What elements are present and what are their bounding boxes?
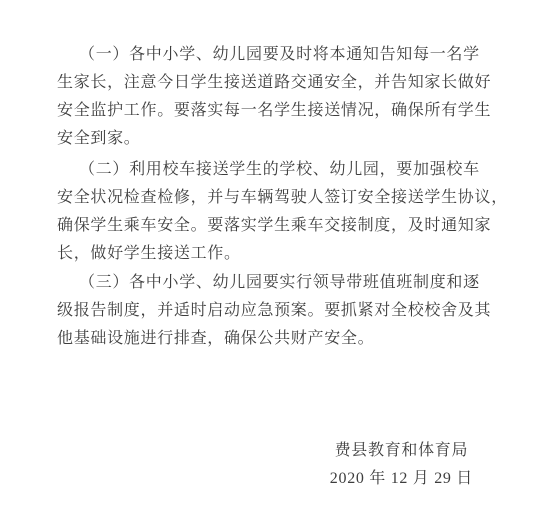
document-line: 安全到家。 bbox=[57, 125, 499, 153]
document-line: （三）各中小学、幼儿园要实行领导带班值班制度和逐 bbox=[57, 269, 499, 297]
document-line: 他基础设施进行排查，确保公共财产安全。 bbox=[57, 325, 499, 353]
paragraph-3: （三）各中小学、幼儿园要实行领导带班值班制度和逐 级报告制度，并适时启动应急预案… bbox=[57, 269, 499, 353]
signature-org: 费县教育和体育局 bbox=[330, 437, 473, 465]
document-line: 安全状况检查检修，并与车辆驾驶人签订安全接送学生协议， bbox=[57, 184, 499, 212]
document-line: （一）各中小学、幼儿园要及时将本通知告知每一名学 bbox=[57, 41, 499, 69]
paragraph-1: （一）各中小学、幼儿园要及时将本通知告知每一名学 生家长，注意今日学生接送道路交… bbox=[57, 41, 499, 153]
document-line: 长，做好学生接送工作。 bbox=[57, 240, 499, 268]
document-line: 安全监护工作。要落实每一名学生接送情况，确保所有学生 bbox=[57, 97, 499, 125]
paragraph-2: （二）利用校车接送学生的学校、幼儿园，要加强校车 安全状况检查检修，并与车辆驾驶… bbox=[57, 156, 499, 268]
document-line: 确保学生乘车安全。要落实学生乘车交接制度，及时通知家 bbox=[57, 212, 499, 240]
signature-date: 2020 年 12 月 29 日 bbox=[330, 465, 473, 493]
document-line: 级报告制度，并适时启动应急预案。要抓紧对全校校舍及其 bbox=[57, 297, 499, 325]
document-line: （二）利用校车接送学生的学校、幼儿园，要加强校车 bbox=[57, 156, 499, 184]
document-body: （一）各中小学、幼儿园要及时将本通知告知每一名学 生家长，注意今日学生接送道路交… bbox=[57, 41, 499, 353]
signature-block: 费县教育和体育局 2020 年 12 月 29 日 bbox=[330, 437, 473, 493]
document-page: （一）各中小学、幼儿园要及时将本通知告知每一名学 生家长，注意今日学生接送道路交… bbox=[0, 0, 537, 520]
document-line: 生家长，注意今日学生接送道路交通安全，并告知家长做好 bbox=[57, 69, 499, 97]
